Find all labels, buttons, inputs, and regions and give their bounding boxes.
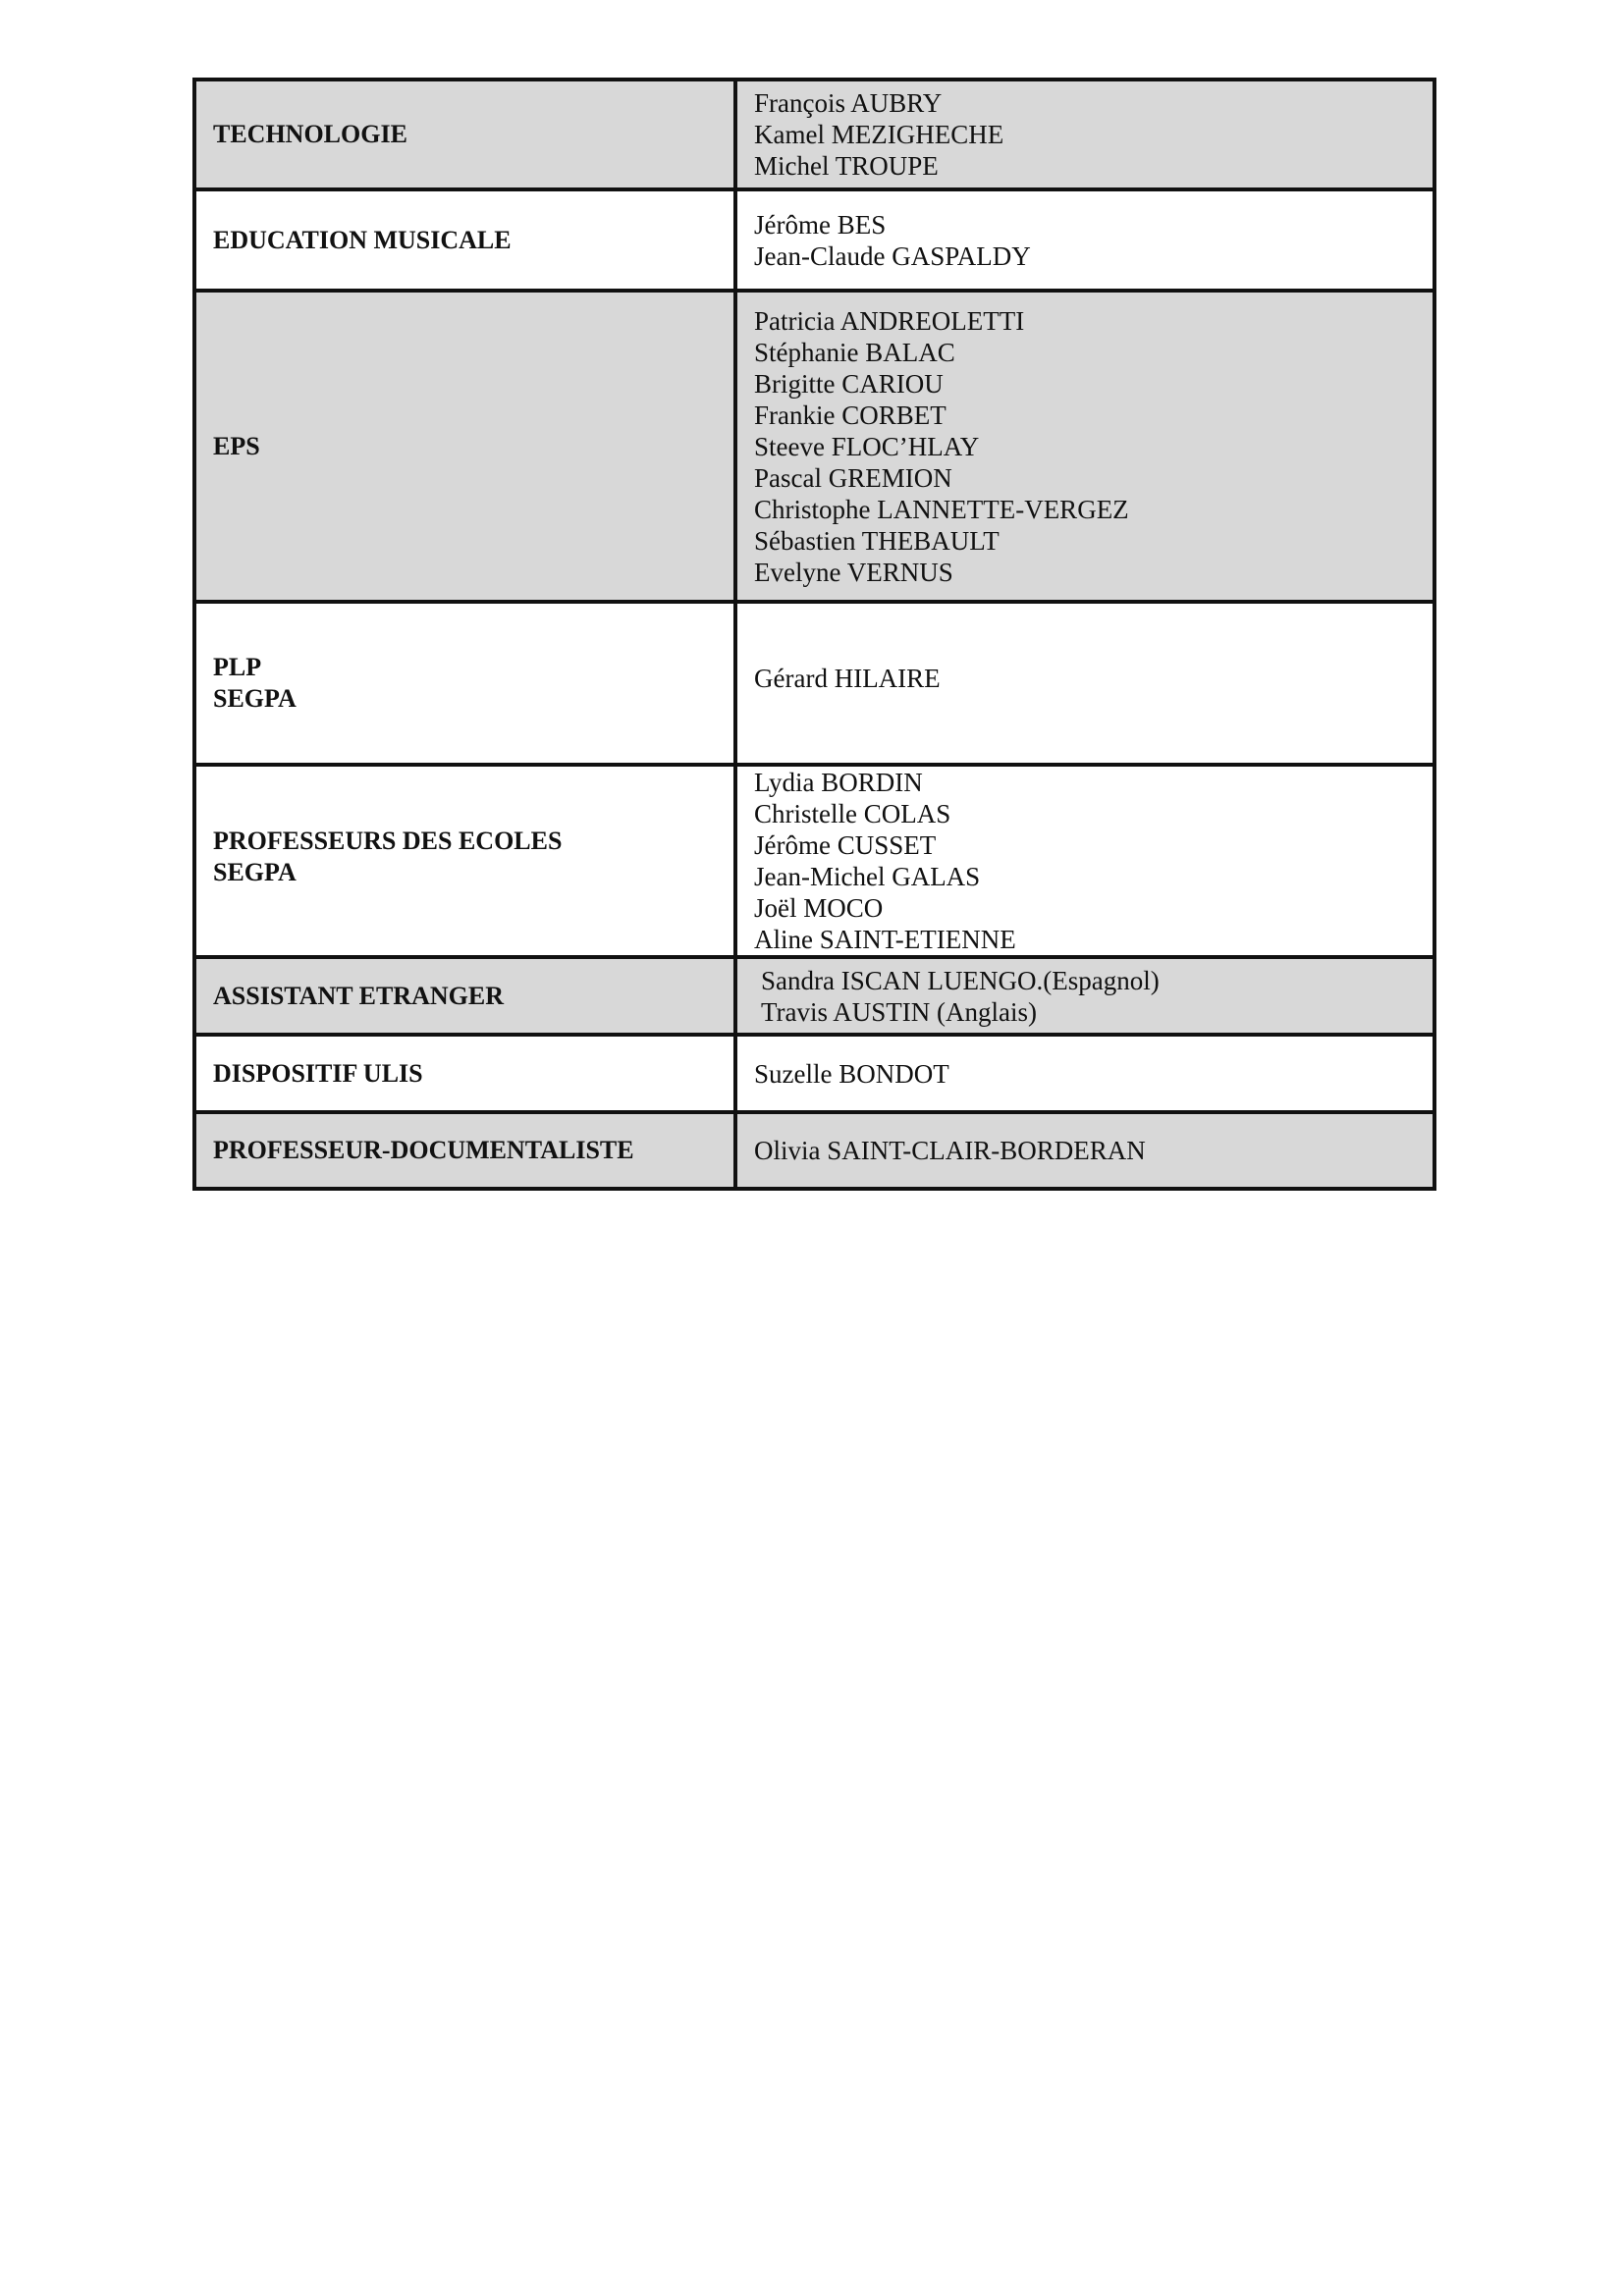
teacher-name: Aline SAINT-ETIENNE — [754, 924, 1433, 955]
subject-label: SEGPA — [213, 857, 733, 888]
subject-label: PLP — [213, 652, 733, 683]
teachers-cell: Sandra ISCAN LUENGO.(Espagnol)Travis AUS… — [735, 957, 1434, 1035]
subject-cell: TECHNOLOGIE — [194, 80, 735, 189]
teacher-name: Patricia ANDREOLETTI — [754, 305, 1433, 337]
staff-table-body: TECHNOLOGIEFrançois AUBRYKamel MEZIGHECH… — [194, 80, 1434, 1189]
table-row: TECHNOLOGIEFrançois AUBRYKamel MEZIGHECH… — [194, 80, 1434, 189]
subject-cell: PROFESSEURS DES ECOLESSEGPA — [194, 765, 735, 957]
teacher-name: Jérôme CUSSET — [754, 829, 1433, 861]
subject-label: EPS — [213, 431, 733, 462]
teacher-name: Evelyne VERNUS — [754, 557, 1433, 588]
subject-label: SEGPA — [213, 683, 733, 715]
teachers-cell: François AUBRYKamel MEZIGHECHEMichel TRO… — [735, 80, 1434, 189]
subject-cell: EPS — [194, 291, 735, 602]
teachers-cell: Lydia BORDINChristelle COLASJérôme CUSSE… — [735, 765, 1434, 957]
teachers-cell: Jérôme BESJean-Claude GASPALDY — [735, 189, 1434, 291]
teacher-name: Michel TROUPE — [754, 150, 1433, 182]
teacher-name: Sandra ISCAN LUENGO.(Espagnol) — [754, 965, 1433, 996]
subject-cell: PLPSEGPA — [194, 602, 735, 765]
teacher-name: Olivia SAINT-CLAIR-BORDERAN — [754, 1135, 1433, 1166]
teacher-name: Kamel MEZIGHECHE — [754, 119, 1433, 150]
staff-table: TECHNOLOGIEFrançois AUBRYKamel MEZIGHECH… — [192, 78, 1436, 1191]
teacher-name: Travis AUSTIN (Anglais) — [754, 996, 1433, 1028]
subject-cell: PROFESSEUR-DOCUMENTALISTE — [194, 1112, 735, 1189]
table-row: PROFESSEURS DES ECOLESSEGPALydia BORDINC… — [194, 765, 1434, 957]
subject-cell: DISPOSITIF ULIS — [194, 1035, 735, 1112]
teacher-name: Frankie CORBET — [754, 400, 1433, 431]
subject-label: ASSISTANT ETRANGER — [213, 981, 733, 1012]
teacher-name: Joël MOCO — [754, 892, 1433, 924]
teacher-name: Stéphanie BALAC — [754, 337, 1433, 368]
teachers-cell: Olivia SAINT-CLAIR-BORDERAN — [735, 1112, 1434, 1189]
teacher-name: Christelle COLAS — [754, 798, 1433, 829]
table-row: PLPSEGPAGérard HILAIRE — [194, 602, 1434, 765]
teacher-name: Lydia BORDIN — [754, 767, 1433, 798]
teacher-name: Gérard HILAIRE — [754, 663, 1433, 694]
teacher-name: Jérôme BES — [754, 209, 1433, 240]
teacher-name: Sébastien THEBAULT — [754, 525, 1433, 557]
document-page: TECHNOLOGIEFrançois AUBRYKamel MEZIGHECH… — [0, 0, 1623, 2296]
table-row: DISPOSITIF ULISSuzelle BONDOT — [194, 1035, 1434, 1112]
teacher-name: Pascal GREMION — [754, 462, 1433, 494]
subject-cell: ASSISTANT ETRANGER — [194, 957, 735, 1035]
subject-label: PROFESSEUR-DOCUMENTALISTE — [213, 1135, 733, 1166]
subject-label: EDUCATION MUSICALE — [213, 225, 733, 256]
teachers-cell: Gérard HILAIRE — [735, 602, 1434, 765]
teacher-name: Suzelle BONDOT — [754, 1058, 1433, 1090]
table-row: EPSPatricia ANDREOLETTIStéphanie BALACBr… — [194, 291, 1434, 602]
table-row: ASSISTANT ETRANGERSandra ISCAN LUENGO.(E… — [194, 957, 1434, 1035]
teachers-cell: Patricia ANDREOLETTIStéphanie BALACBrigi… — [735, 291, 1434, 602]
teacher-name: Brigitte CARIOU — [754, 368, 1433, 400]
teachers-cell: Suzelle BONDOT — [735, 1035, 1434, 1112]
subject-label: PROFESSEURS DES ECOLES — [213, 826, 733, 857]
teacher-name: François AUBRY — [754, 87, 1433, 119]
table-row: PROFESSEUR-DOCUMENTALISTEOlivia SAINT-CL… — [194, 1112, 1434, 1189]
subject-cell: EDUCATION MUSICALE — [194, 189, 735, 291]
teacher-name: Jean-Michel GALAS — [754, 861, 1433, 892]
teacher-name: Christophe LANNETTE-VERGEZ — [754, 494, 1433, 525]
subject-label: DISPOSITIF ULIS — [213, 1058, 733, 1090]
subject-label: TECHNOLOGIE — [213, 119, 733, 150]
table-row: EDUCATION MUSICALEJérôme BESJean-Claude … — [194, 189, 1434, 291]
teacher-name: Jean-Claude GASPALDY — [754, 240, 1433, 272]
teacher-name: Steeve FLOC’HLAY — [754, 431, 1433, 462]
